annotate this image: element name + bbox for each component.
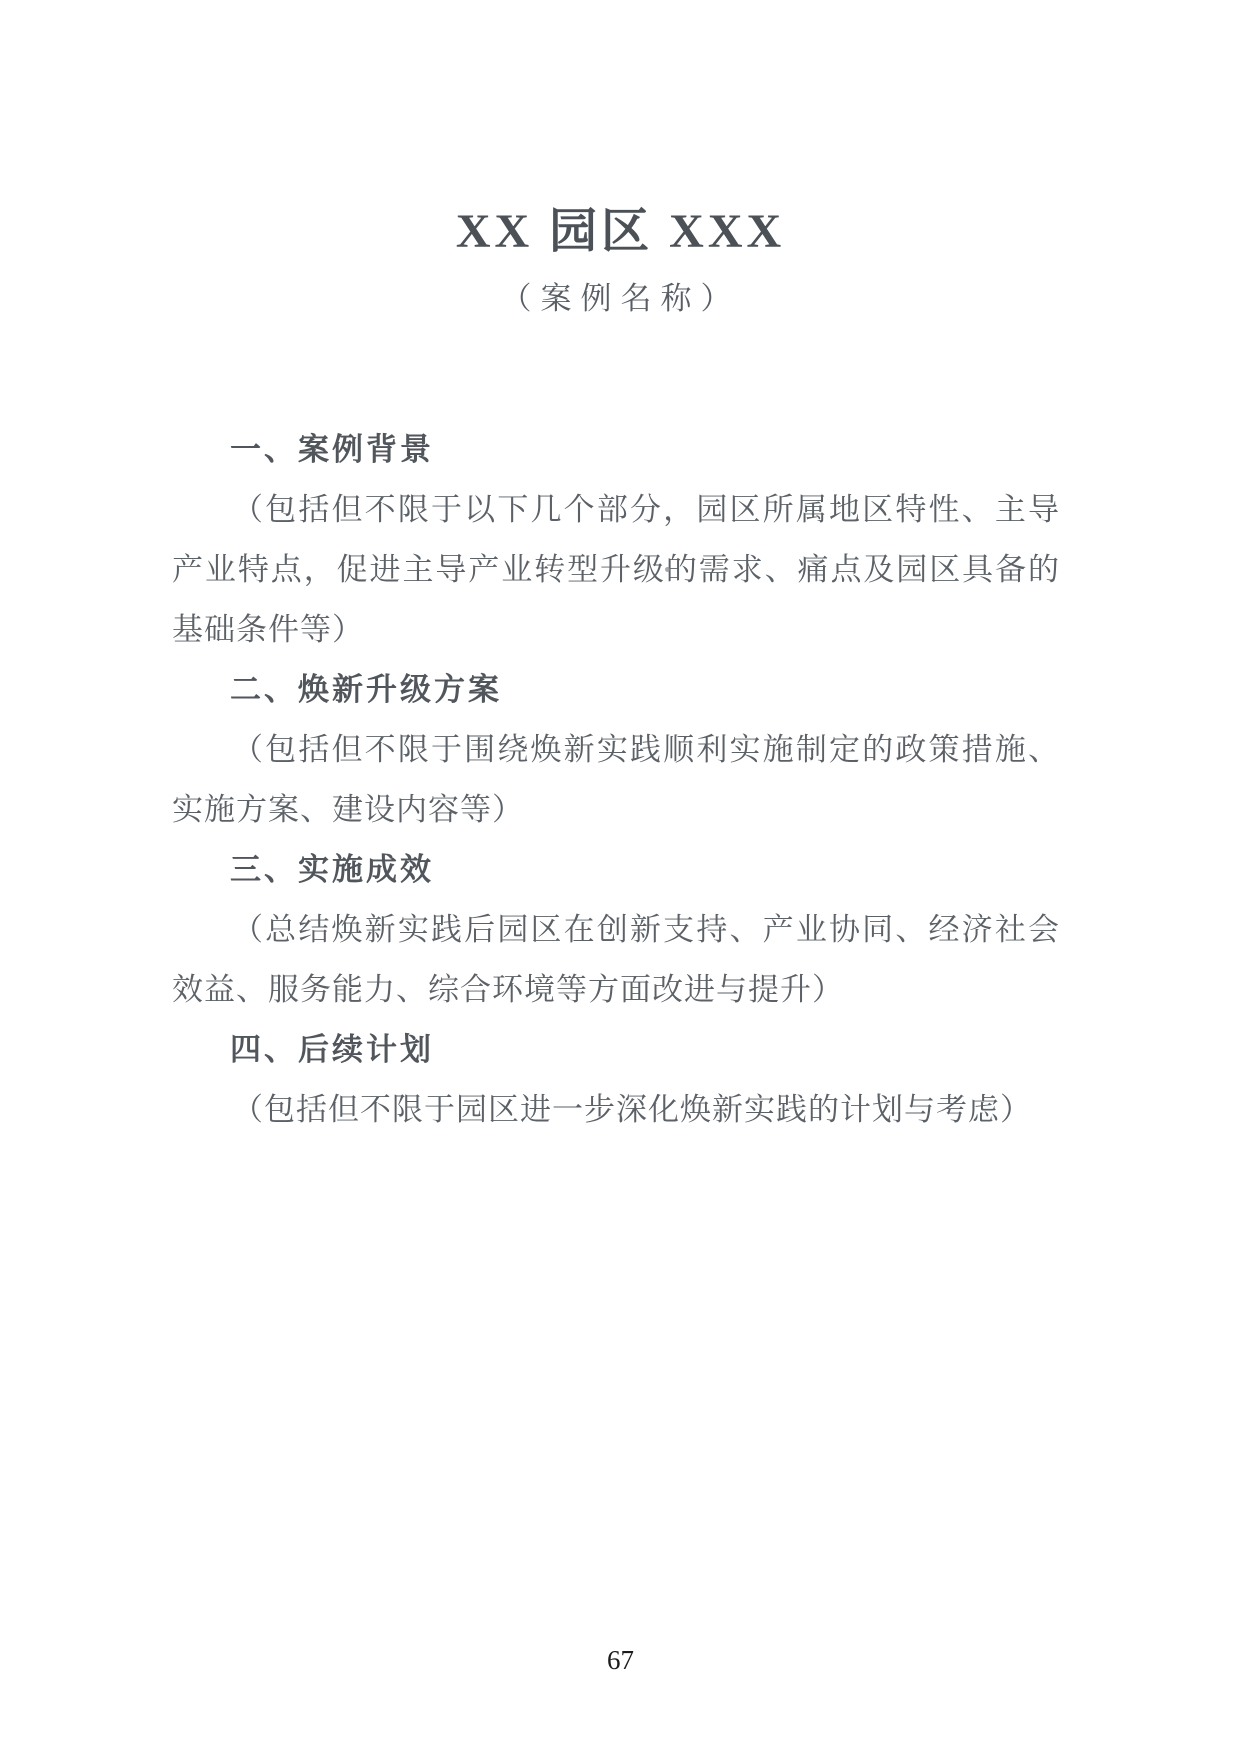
document-page: XX 园区 XXX （案例名称） 一、案例背景 （包括但不限于以下几个部分，园区… [0, 0, 1241, 1755]
page-number: 67 [0, 1645, 1241, 1676]
scan-artifact-dot [665, 567, 670, 572]
section-body-implementation-results: （总结焕新实践后园区在创新支持、产业协同、经济社会效益、服务能力、综合环境等方面… [172, 900, 1060, 1020]
section-heading-case-background: 一、案例背景 [172, 420, 1060, 480]
section-body-case-background: （包括但不限于以下几个部分，园区所属地区特性、主导产业特点，促进主导产业转型升级… [172, 480, 1060, 660]
section-body-follow-up-plan: （包括但不限于园区进一步深化焕新实践的计划与考虑） [172, 1080, 1060, 1140]
section-heading-upgrade-plan: 二、焕新升级方案 [172, 660, 1060, 720]
section-heading-follow-up-plan: 四、后续计划 [172, 1020, 1060, 1080]
section-body-upgrade-plan: （包括但不限于围绕焕新实践顺利实施制定的政策措施、实施方案、建设内容等） [172, 720, 1060, 840]
document-title: XX 园区 XXX [0, 0, 1241, 259]
document-subtitle: （案例名称） [0, 273, 1241, 318]
document-body: 一、案例背景 （包括但不限于以下几个部分，园区所属地区特性、主导产业特点，促进主… [172, 420, 1060, 1140]
section-heading-implementation-results: 三、实施成效 [172, 840, 1060, 900]
